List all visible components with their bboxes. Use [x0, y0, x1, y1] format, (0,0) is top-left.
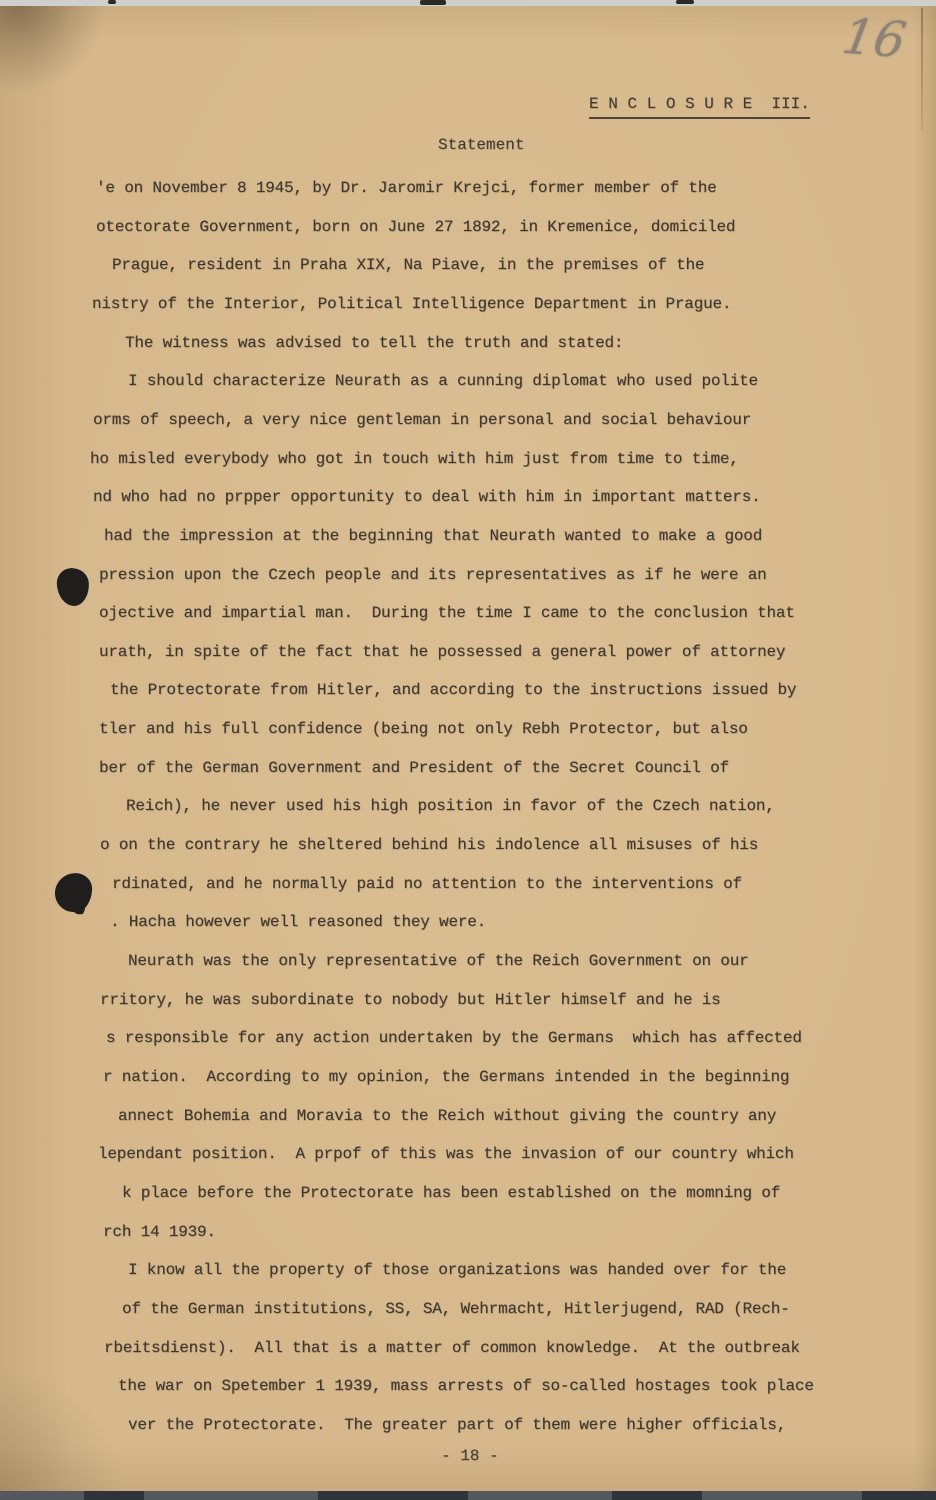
document-title: Statement: [438, 136, 524, 154]
text-line: 'e on November 8 1945, by Dr. Jaromir Kr…: [96, 178, 717, 199]
edge-smudge: [676, 0, 694, 4]
edge-smudge: [862, 1491, 936, 1500]
text-line: the war on Spetember 1 1939, mass arrest…: [118, 1376, 814, 1397]
handwritten-page-number: 16: [838, 8, 910, 69]
text-line: nd who had no prpper opportunity to deal…: [93, 487, 761, 508]
text-line: Neurath was the only representative of t…: [128, 951, 749, 972]
edge-smudge: [612, 1491, 702, 1500]
document-scan-page: 16 E N C L O S U R E III. Statement 'e o…: [0, 0, 936, 1500]
text-line: pression upon the Czech people and its r…: [99, 565, 767, 586]
enclosure-heading: E N C L O S U R E III.: [589, 95, 810, 119]
text-line: ho misled everybody who got in touch wit…: [90, 449, 739, 470]
text-line: k place before the Protectorate has been…: [122, 1183, 780, 1204]
text-line: Reich), he never used his high position …: [126, 796, 775, 817]
text-line: r nation. According to my opinion, the G…: [103, 1067, 789, 1088]
edge-smudge: [84, 1491, 144, 1500]
text-line: . Hacha however well reasoned they were.: [110, 912, 486, 933]
text-line: orms of speech, a very nice gentleman in…: [93, 410, 751, 431]
text-line: lependant position. A prpof of this was …: [98, 1144, 794, 1165]
text-line: the Protectorate from Hitler, and accord…: [110, 680, 796, 701]
paper-fold-line: [921, 8, 923, 130]
text-line: The witness was advised to tell the trut…: [125, 333, 623, 354]
text-line: nistry of the Interior, Political Intell…: [92, 294, 731, 315]
edge-smudge: [108, 0, 116, 4]
text-line: Prague, resident in Praha XIX, Na Piave,…: [112, 255, 704, 276]
text-line: urath, in spite of the fact that he poss…: [99, 642, 785, 663]
text-line: tler and his full confidence (being not …: [99, 719, 748, 740]
text-line: rch 14 1939.: [103, 1222, 216, 1243]
text-line: ojective and impartial man. During the t…: [99, 603, 795, 624]
text-line: I should characterize Neurath as a cunni…: [128, 371, 758, 392]
text-line: I know all the property of those organiz…: [128, 1260, 786, 1281]
text-line: rritory, he was subordinate to nobody bu…: [100, 990, 721, 1011]
text-line: had the impression at the beginning that…: [104, 526, 762, 547]
text-line: ver the Protectorate. The greater part o…: [128, 1415, 786, 1436]
text-line: o on the contrary he sheltered behind hi…: [100, 835, 758, 856]
text-line: rdinated, and he normally paid no attent…: [112, 874, 742, 895]
text-line: of the German institutions, SS, SA, Wehr…: [122, 1299, 790, 1320]
text-line: otectorate Government, born on June 27 1…: [96, 217, 735, 238]
text-line: ber of the German Government and Preside…: [99, 758, 729, 779]
text-line: rbeitsdienst). All that is a matter of c…: [104, 1338, 800, 1359]
page-number-footer: - 18 -: [441, 1447, 499, 1465]
edge-smudge: [420, 0, 446, 5]
edge-smudge: [318, 1491, 468, 1500]
text-line: annect Bohemia and Moravia to the Reich …: [118, 1106, 776, 1127]
text-line: s responsible for any action undertaken …: [106, 1028, 802, 1049]
